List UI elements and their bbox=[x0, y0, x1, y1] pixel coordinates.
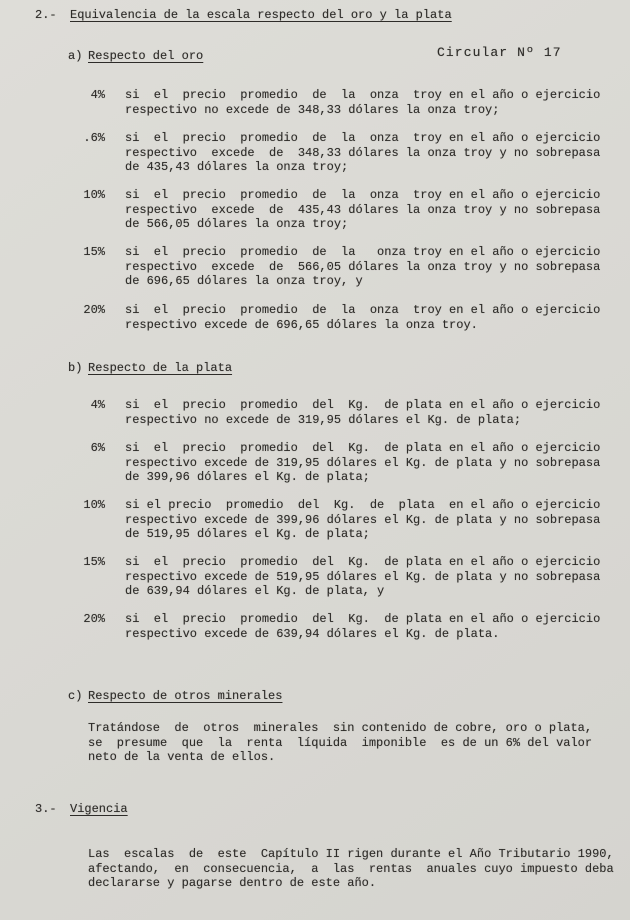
subsection-a-letter: a) bbox=[68, 49, 82, 64]
silver-bracket-20pct: 20% si el precio promedio del Kg. de pla… bbox=[68, 612, 600, 641]
section-2-number: 2.- bbox=[35, 8, 57, 23]
silver-bracket-10pct: 10% si el precio promedio del Kg. de pla… bbox=[68, 498, 600, 542]
bracket-rate-label: 15% bbox=[68, 555, 105, 570]
gold-bracket-10pct: 10% si el precio promedio de la onza tro… bbox=[68, 188, 600, 232]
bracket-rate-label: 10% bbox=[68, 188, 105, 203]
section-2-title: Equivalencia de la escala respecto del o… bbox=[70, 8, 452, 23]
bracket-rate-label: 6% bbox=[68, 441, 105, 456]
bracket-rate-label: 20% bbox=[68, 612, 105, 627]
bracket-text: si el precio promedio de la onza troy en… bbox=[125, 188, 600, 232]
subsection-c-letter: c) bbox=[68, 689, 82, 704]
section-3-number: 3.- bbox=[35, 802, 57, 817]
subsection-b-title: Respecto de la plata bbox=[88, 361, 232, 376]
silver-bracket-15pct: 15% si el precio promedio del Kg. de pla… bbox=[68, 555, 600, 599]
bracket-text: si el precio promedio del Kg. de plata e… bbox=[125, 555, 600, 599]
gold-bracket-4pct: 4% si el precio promedio de la onza troy… bbox=[68, 88, 600, 117]
subsection-b-letter: b) bbox=[68, 361, 82, 376]
bracket-rate-label: 10% bbox=[68, 498, 105, 513]
subsection-c-title: Respecto de otros minerales bbox=[88, 689, 282, 704]
other-minerals-paragraph: Tratándose de otros minerales sin conten… bbox=[88, 721, 592, 765]
document-page: 2.- Equivalencia de la escala respecto d… bbox=[0, 0, 630, 920]
gold-bracket-15pct: 15% si el precio promedio de la onza tro… bbox=[68, 245, 600, 289]
silver-bracket-4pct: 4% si el precio promedio del Kg. de plat… bbox=[68, 398, 600, 427]
bracket-text: si el precio promedio de la onza troy en… bbox=[125, 131, 600, 175]
bracket-text: si el precio promedio de la onza troy en… bbox=[125, 88, 600, 117]
bracket-text: si el precio promedio de la onza troy en… bbox=[125, 245, 600, 289]
validity-paragraph: Las escalas de este Capítulo II rigen du… bbox=[88, 847, 614, 891]
bracket-text: si el precio promedio del Kg. de plata e… bbox=[125, 398, 600, 427]
bracket-text: si el precio promedio de la onza troy en… bbox=[125, 303, 600, 332]
subsection-a-title: Respecto del oro bbox=[88, 49, 203, 64]
bracket-rate-label: 4% bbox=[68, 398, 105, 413]
section-3-title: Vigencia bbox=[70, 802, 128, 817]
bracket-text: si el precio promedio del Kg. de plata e… bbox=[125, 498, 600, 542]
bracket-text: si el precio promedio del Kg. de plata e… bbox=[125, 612, 600, 641]
bracket-rate-label: 20% bbox=[68, 303, 105, 318]
bracket-rate-label: 15% bbox=[68, 245, 105, 260]
bracket-rate-label: 4% bbox=[68, 88, 105, 103]
bracket-text: si el precio promedio del Kg. de plata e… bbox=[125, 441, 600, 485]
circular-number-label: Circular Nº 17 bbox=[437, 46, 562, 61]
silver-bracket-6pct: 6% si el precio promedio del Kg. de plat… bbox=[68, 441, 600, 485]
gold-bracket-20pct: 20% si el precio promedio de la onza tro… bbox=[68, 303, 600, 332]
bracket-rate-label: .6% bbox=[68, 131, 105, 146]
gold-bracket-6pct: .6% si el precio promedio de la onza tro… bbox=[68, 131, 600, 175]
